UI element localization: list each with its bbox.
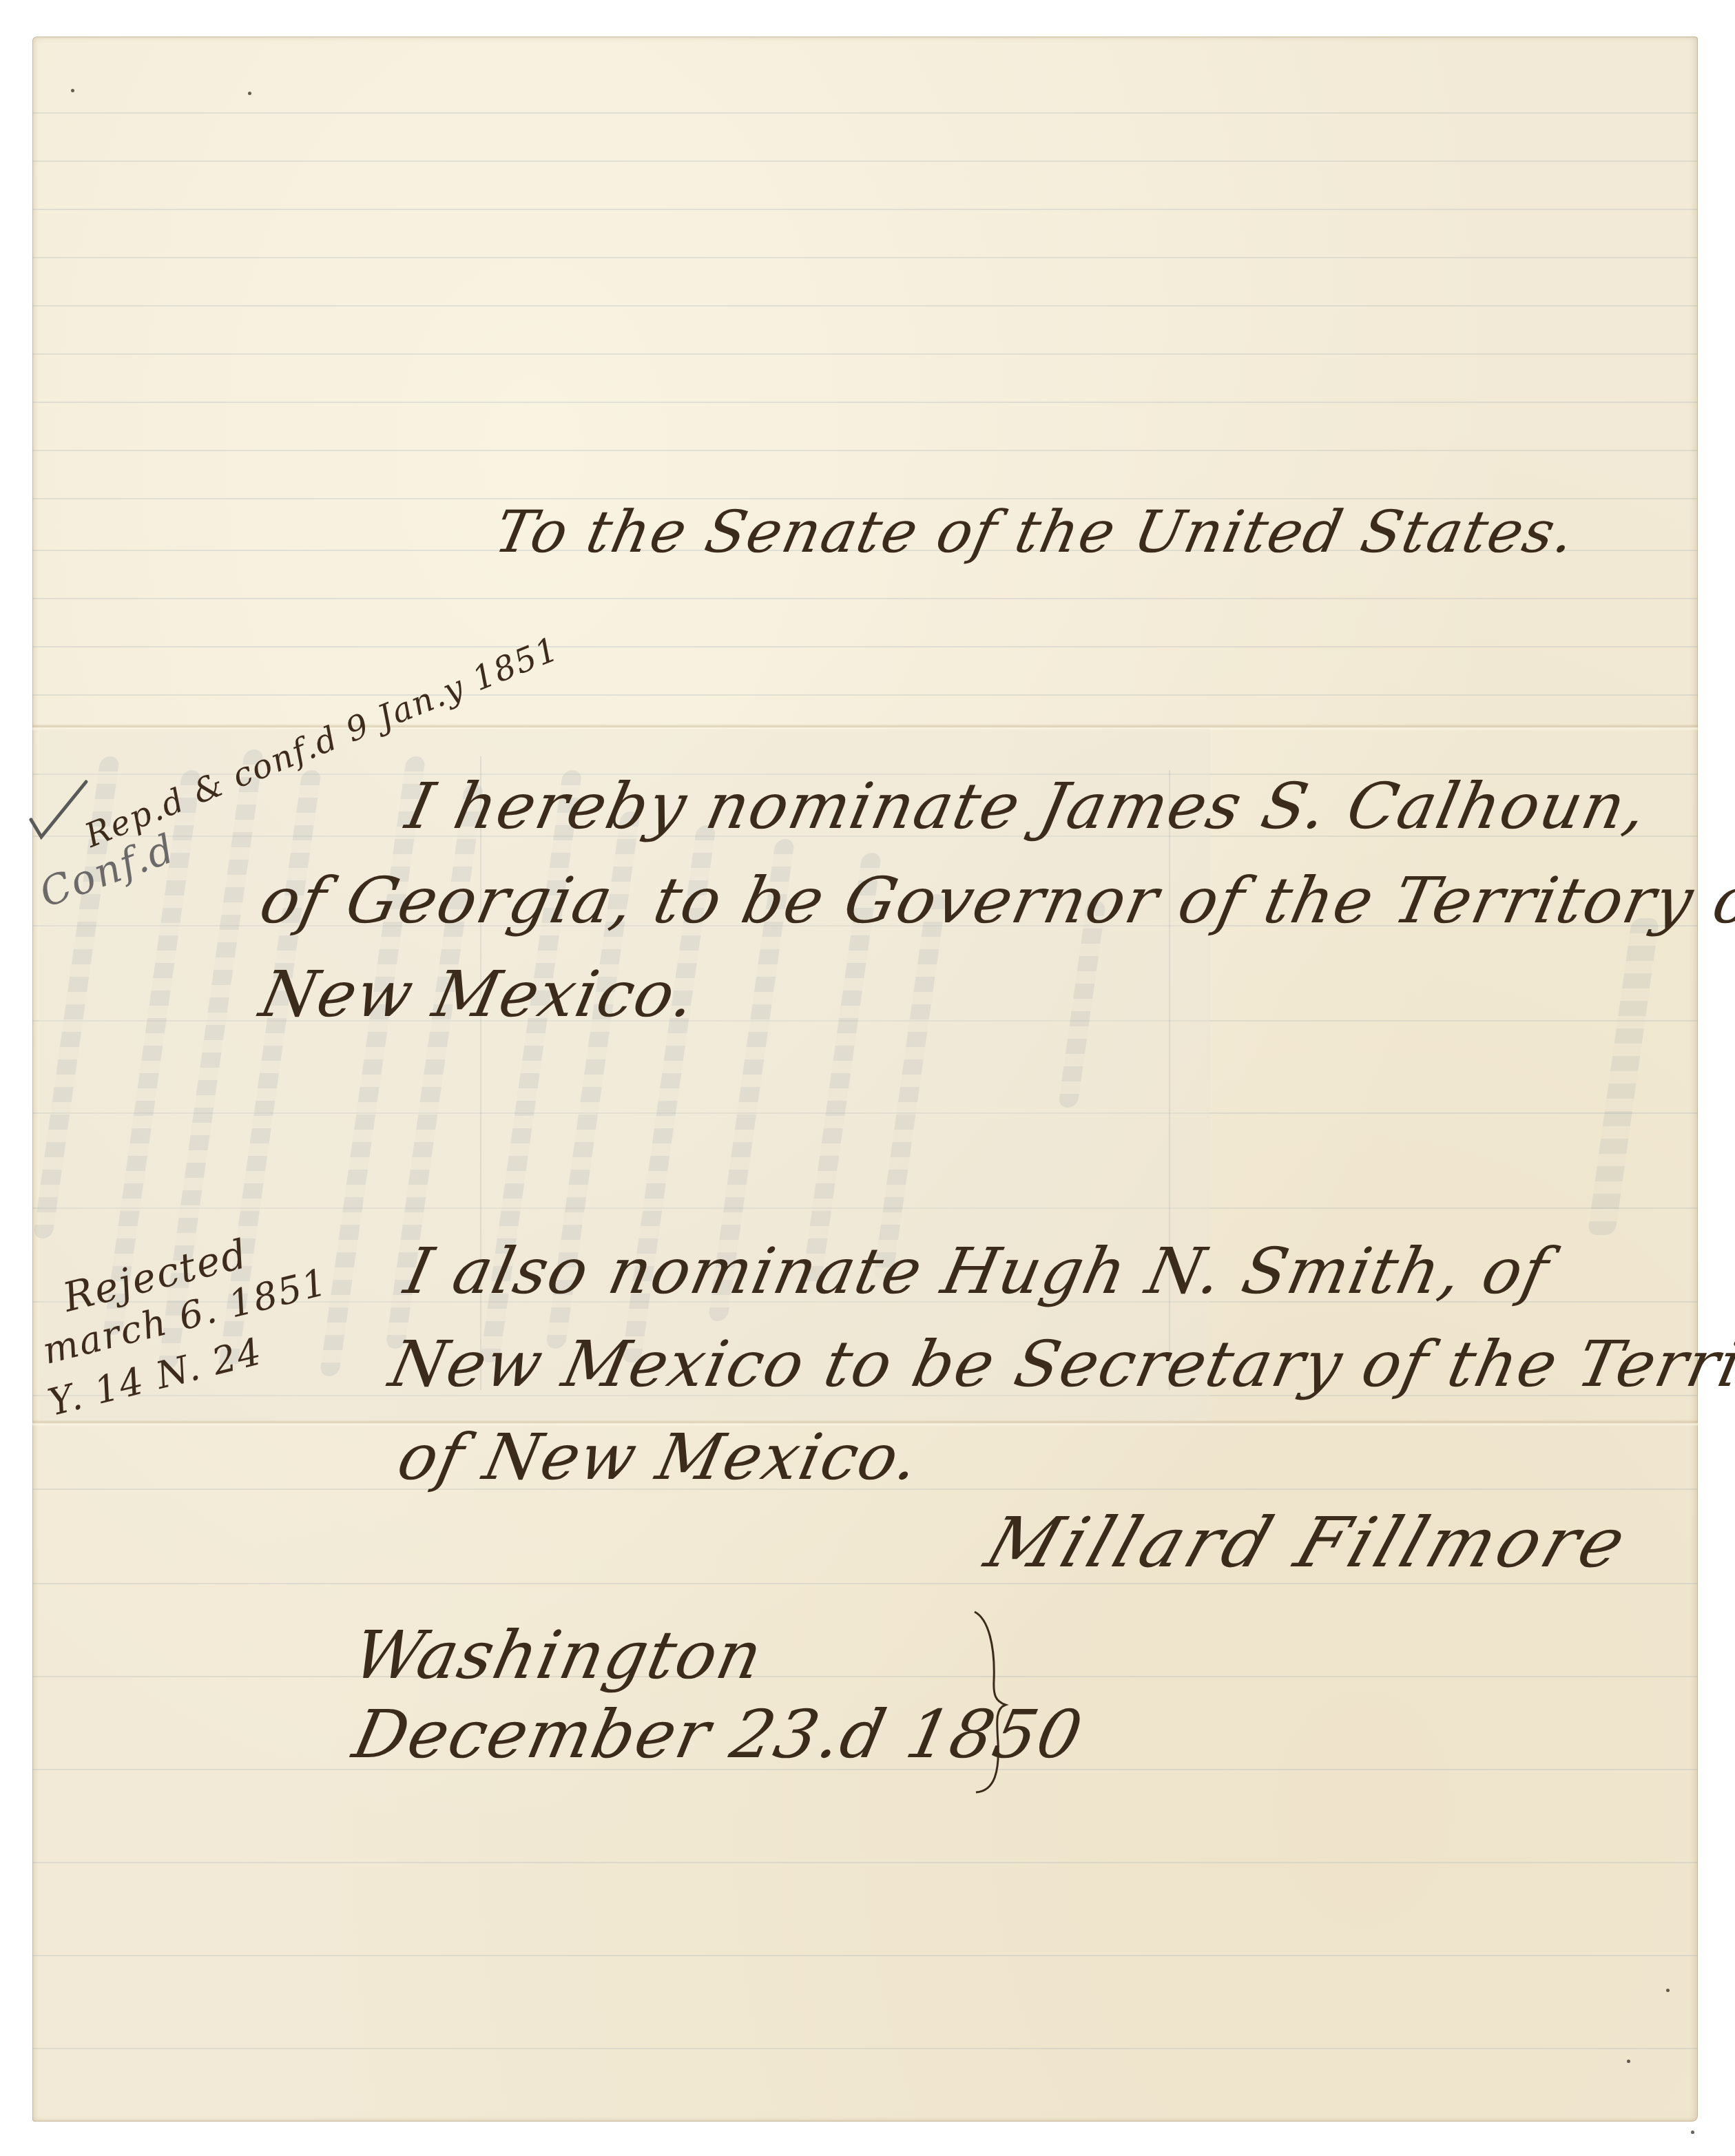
rule-line [32, 646, 1698, 647]
rule-line [32, 209, 1698, 210]
document-paper [32, 37, 1698, 2122]
rule-line [32, 257, 1698, 258]
nomination-2-line-3: of New Mexico. [393, 1426, 926, 1489]
rule-line [32, 598, 1698, 599]
paper-speck [1666, 1989, 1670, 1992]
rule-line [32, 353, 1698, 355]
paper-speck [248, 92, 251, 95]
rule-line [32, 402, 1698, 403]
rule-line [32, 1583, 1698, 1584]
rule-line [32, 1955, 1698, 1956]
rule-line [32, 305, 1698, 307]
nomination-2-line-1: I also nominate Hugh N. Smith, of [399, 1240, 1555, 1303]
place: Washington [348, 1622, 769, 1688]
rule-line [32, 2048, 1698, 2049]
paper-speck [71, 89, 74, 92]
rule-line [32, 112, 1698, 114]
nomination-1-line-2: of Georgia, to be Governor of the Territ… [255, 869, 1735, 933]
bleed-text-column [873, 894, 947, 1280]
rule-line [32, 1862, 1698, 1863]
rule-line [32, 1676, 1698, 1677]
paper-speck [1691, 2131, 1694, 2134]
check-mark-icon [21, 771, 96, 847]
nomination-1-line-1: I hereby nominate James S. Calhoun, [401, 775, 1654, 838]
bleed-text-column [1588, 918, 1660, 1235]
nomination-1-line-3: New Mexico. [255, 963, 702, 1026]
rule-line [32, 694, 1698, 696]
signature: Millard Fillmore [978, 1509, 1637, 1577]
salutation: To the Senate of the United States. [490, 503, 1581, 561]
rule-line [32, 160, 1698, 162]
rule-line [32, 450, 1698, 451]
curly-brace-icon [968, 1591, 1016, 1798]
paper-speck [1627, 2060, 1630, 2063]
nomination-2-line-2: New Mexico to be Secretary of the Territ… [384, 1333, 1735, 1396]
